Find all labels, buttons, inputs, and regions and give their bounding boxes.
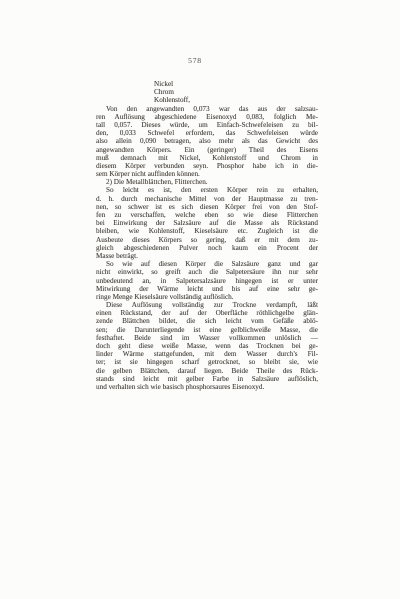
text-line: zende Blättchen bildet, die sich leicht …	[96, 317, 318, 325]
text-block: NickelChromKohlenstoff, Von den angewand…	[96, 80, 318, 391]
text-line: Masse beträgt.	[96, 252, 318, 260]
text-line: muß demnach mit Nickel, Kohlenstoff und …	[96, 154, 318, 162]
scanned-book-page: 578 NickelChromKohlenstoff, Von den ange…	[0, 0, 400, 599]
text-line: und verhalten sich wie basisch phosphors…	[96, 383, 318, 391]
body-text: Von den angewandten 0,073 war das aus de…	[96, 105, 318, 392]
materials-list: NickelChromKohlenstoff,	[96, 80, 318, 105]
text-line: also allein 0,090 betragen, also mehr al…	[96, 137, 318, 145]
materials-list-item: Kohlenstoff,	[96, 96, 318, 104]
text-line: ren Auflösung abgeschiedene Eisenoxyd 0,…	[96, 113, 318, 121]
text-line: d. h. durch mechanische Mittel von der H…	[96, 195, 318, 203]
materials-list-item: Chrom	[96, 88, 318, 96]
text-line: tall 0,057. Dieses würde, um Einfach-Sch…	[96, 121, 318, 129]
text-line: Ausbeute dieses Körpers so gering, daß e…	[96, 236, 318, 244]
text-line: gleich abgeschiedenen Pulver noch kaum e…	[96, 244, 318, 252]
text-line: stands sind leicht mit gelber Farbe in S…	[96, 375, 318, 383]
text-line: Mitwirkung der Wärme leicht und bis auf …	[96, 285, 318, 293]
text-line: ter; ist sie hingegen scharf getrocknet,…	[96, 358, 318, 366]
text-line: So leicht es ist, den ersten Körper rein…	[96, 186, 318, 194]
page-number: 578	[95, 56, 295, 65]
text-line: sen; die Darunterliegende ist eine gelbl…	[96, 326, 318, 334]
text-line: diesem Körper verbunden seyn. Phosphor h…	[96, 162, 318, 170]
text-line: Von den angewandten 0,073 war das aus de…	[96, 105, 318, 113]
text-line: nicht einwirkt, so greift auch die Salpe…	[96, 268, 318, 276]
materials-list-item: Nickel	[96, 80, 318, 88]
text-line: ringe Menge Kieselsäure vollständig aufl…	[96, 293, 318, 301]
text-line: angewandten Körpers. Ein (geringer) Thei…	[96, 146, 318, 154]
text-line: doch geht diese weiße Masse, wenn das Tr…	[96, 342, 318, 350]
text-line: festhaftet. Beide sind im Wasser vollkom…	[96, 334, 318, 342]
text-line: nen, so schwer ist es sich diesen Körper…	[96, 203, 318, 211]
text-line: unbedeutend an, in Salpetersalzsäure hin…	[96, 277, 318, 285]
text-line: die gelben Blättchen, darauf liegen. Bei…	[96, 367, 318, 375]
text-line: fen zu verschaffen, welche eben so wie d…	[96, 211, 318, 219]
text-line: bleiben, wie Kohlenstoff, Kieselsäure et…	[96, 227, 318, 235]
